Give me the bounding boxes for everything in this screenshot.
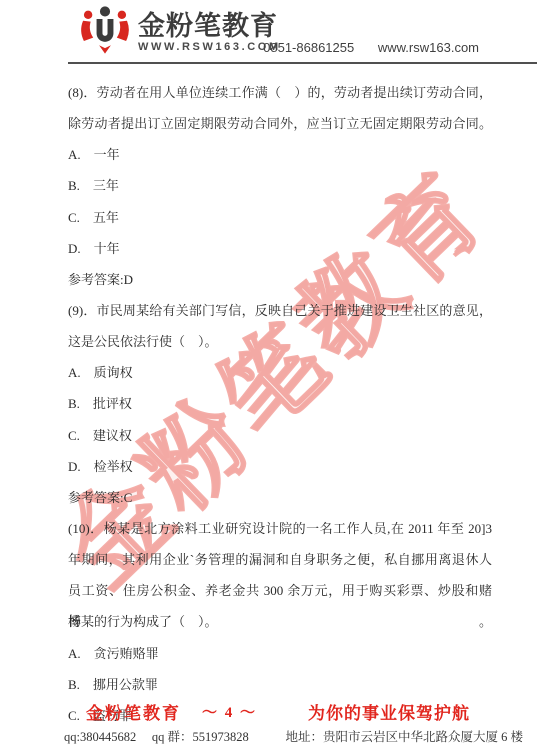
document-page: 金粉笔教育 金粉笔教育 WWW.RSW163.COM 0851- xyxy=(0,0,545,755)
question-line: B. 挪用公款罪 xyxy=(68,669,492,700)
footer-brand: 金粉笔教育 xyxy=(86,699,181,724)
question-line: A. 贪污贿赂罪 xyxy=(68,638,492,669)
header-website: www.rsw163.com xyxy=(378,40,479,55)
question-line: 除劳动者提出订立固定期限劳动合同外，应当订立无固定期限劳动合同。 xyxy=(68,108,492,139)
question-line: D. 检举权 xyxy=(68,451,492,482)
footer-slogan: 为你的事业保驾护航 xyxy=(308,699,470,724)
footer-banner: 金粉笔教育 ～ 4 ～ 为你的事业保驾护航 xyxy=(68,700,520,722)
brand-logo-icon xyxy=(78,3,132,57)
page-number: ～ 4 ～ xyxy=(202,701,257,722)
question-line: A. 一年 xyxy=(68,139,492,170)
question-line: (9)．市民周某给有关部门写信，反映自己关于推进建设卫生社区的意见， xyxy=(68,295,492,326)
question-line: C. 五年 xyxy=(68,202,492,233)
footer-qq: qq:380445682 qq 群：551973828 xyxy=(64,727,249,745)
question-line: C. 建议权 xyxy=(68,420,492,451)
question-line: (8)．劳动者在用人单位连续工作满（ ）的，劳动者提出续订劳动合同， xyxy=(68,77,492,108)
question-area: (8)．劳动者在用人单位连续工作满（ ）的，劳动者提出续订劳动合同，除劳动者提出… xyxy=(68,77,492,731)
question-line: (10)．杨某是北方涂料工业研究设计院的一名工作人员,在 2011 年至 20]… xyxy=(68,513,492,544)
question-line: 参考答案:C xyxy=(68,482,492,513)
question-line: D. 十年 xyxy=(68,233,492,264)
question-line: B. 三年 xyxy=(68,170,492,201)
header-divider xyxy=(68,62,537,64)
question-line: B. 批评权 xyxy=(68,388,492,419)
question-line: 年期间，其利用企业ˋ务管理的漏洞和自身职务之便，私自挪用离退休人 xyxy=(68,544,492,575)
question-line: A. 质询权 xyxy=(68,357,492,388)
question-line: 参考答案:D xyxy=(68,264,492,295)
footer-contact: qq:380445682 qq 群：551973828 地址：贵阳市云岩区中华北… xyxy=(64,726,523,746)
logo-brand-name: 金粉笔教育 xyxy=(138,11,281,41)
header-contact: 0851-86861255 www.rsw163.com xyxy=(243,40,479,55)
footer-address: 地址：贵阳市云岩区中华北路众厦大厦 6 楼 xyxy=(285,727,523,745)
header-phone: 0851-86861255 xyxy=(263,40,354,55)
question-line: 这是公民依法行使（ ）。 xyxy=(68,326,492,357)
question-line: 员工资、住房公积金、养老金共 300 余万元，用于购买彩票、炒股和赌博。 xyxy=(68,575,492,606)
header: 金粉笔教育 WWW.RSW163.COM 0851-86861255 www.r… xyxy=(0,0,545,62)
